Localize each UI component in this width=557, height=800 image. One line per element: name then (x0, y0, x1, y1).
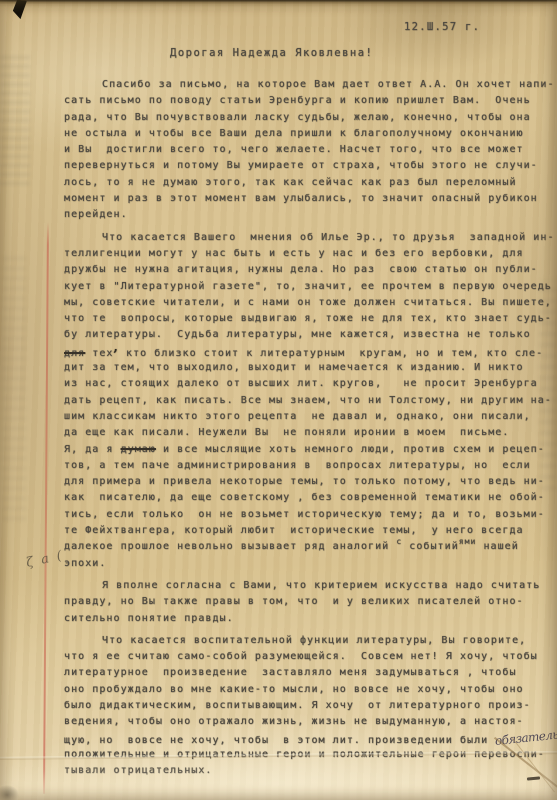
letter-line: как писателю, да еще советскому , без со… (64, 490, 557, 506)
letter-line: Я, да я думаю и все мыслящие хоть немног… (64, 442, 557, 458)
letter-paragraph: Спасибо за письмо, на которое Вам дает о… (64, 77, 557, 224)
text-segment: ями (459, 537, 477, 546)
letter-line: не остыла и чтобы все Ваши дела пришли к… (64, 126, 557, 142)
letter-line: тись, если только он не возьмет историче… (64, 507, 557, 523)
letter-line: что те вопросы, которые выдвигаю я, тоже… (64, 311, 557, 327)
letter-line: рада, что Вы почувствовали ласку судьбы,… (64, 110, 557, 126)
letter-line: литературное произведение заставляло мен… (64, 665, 557, 681)
letter-line: тывали отрицательных. (64, 763, 557, 779)
letter-line: правду, но Вы также правы в том, что и у… (64, 594, 557, 610)
text-segment: нашей (476, 541, 518, 552)
letter-line: для примера и привела некоторые темы, то… (64, 474, 557, 490)
red-margin-line (43, 222, 49, 794)
bottom-left-stain (0, 785, 19, 800)
letter-line: ведения, чтобы оно отражало жизнь, жизнь… (64, 714, 557, 730)
letter-line: теллигенции могут у нас быть и есть у на… (64, 246, 557, 262)
letter-line: мы, советские читатели, и с нами он тоже… (64, 295, 557, 311)
torn-top-edge (0, 0, 557, 7)
text-segment: тех (85, 348, 113, 359)
letter-line: из нас, стоящих далеко от высших лит. кр… (64, 376, 557, 392)
letter-line: было дидактическим, воспитывающим. Я хоч… (64, 698, 557, 714)
letter-line: сительно понятие правды. (64, 611, 557, 627)
text-segment: с (396, 537, 402, 546)
text-segment: далекое прошлое невольно вызывает ряд ан… (64, 541, 396, 552)
letter-line: да еще как писали. Неужели Вы не поняли … (64, 425, 557, 441)
letter-line: Я вполне согласна с Вами, что критерием … (64, 578, 557, 594)
bleedthrough-smudge (2, 250, 26, 520)
letter-line: сать письмо по поводу статьи Эренбурга и… (64, 93, 557, 109)
letter-paragraph: Я вполне согласна с Вами, что критерием … (64, 578, 557, 627)
letter-line: далекое прошлое невольно вызывает ряд ан… (64, 539, 557, 555)
letter-line: и Вы достигли всего то, чего желаете. На… (64, 142, 557, 158)
text-segment: думаю (121, 444, 156, 455)
letter-line: те Фейхтвангера, который любит историчес… (64, 523, 557, 539)
letter-line: щую, но вовсе не хочу, чтобы в этом лит.… (64, 731, 557, 747)
letter-line: эпохи. (64, 556, 557, 572)
letter-line: бу литературы. Судьба литературы, мне ка… (64, 327, 557, 343)
letter-line: шим классикам никто этого рецепта не дав… (64, 409, 557, 425)
letter-line: Что касается Вашего мнения об Илье Эр., … (64, 230, 557, 246)
letter-line: лось, то я не думаю этого, так как сейча… (64, 175, 557, 191)
letter-body: Спасибо за письмо, на которое Вам дает о… (64, 77, 557, 785)
letter-date: 12.Ш.57 г. (404, 21, 480, 33)
text-segment: для (64, 348, 85, 359)
letter-line: дружбы не нужна агитация, нужны дела. Но… (64, 262, 557, 278)
letter-line: для тех, кто близко стоит к литературным… (64, 344, 557, 360)
letter-line: момент и раз в этот момент вам улыбались… (64, 191, 557, 207)
letter-line: что я ее считаю само-собой разумеющейся.… (64, 649, 557, 665)
letter-line: тов, а тем паче администрирования в вопр… (64, 458, 557, 474)
letter-line: Что касается воспитательной функции лите… (64, 633, 557, 649)
text-segment: кто близко стоит к литературным кругам, … (119, 348, 543, 359)
text-segment: событий (402, 541, 459, 552)
letter-line: дать рецепт, как писать. Все мы знаем, ч… (64, 393, 557, 409)
letter-paragraph: Что касается Вашего мнения об Илье Эр., … (64, 230, 557, 572)
text-segment: Я, да я (64, 444, 121, 455)
letter-salutation: Дорогая Надежда Яковлевна! (170, 47, 373, 59)
letter-line: перевернуться и потому Вы умираете от ст… (64, 158, 557, 174)
handwritten-comma-insert: , (114, 339, 119, 354)
text-segment: и все мыслящие хоть немного люди, против… (156, 444, 545, 455)
letter-line: оно пробуждало во мне какие-то мысли, но… (64, 682, 557, 698)
letter-line: перейден. (64, 207, 557, 223)
text-segment: щую, но вовсе не хочу, чтобы в этом лит.… (64, 735, 495, 746)
letter-line: дит за тем, что выходило, выходит и наме… (64, 360, 557, 376)
letter-page: ζ а ( 12.Ш.57 г. Дорогая Надежда Яковлев… (0, 0, 557, 800)
letter-line: Спасибо за письмо, на которое Вам дает о… (64, 77, 557, 93)
bleedthrough-smudge (0, 55, 30, 185)
letter-line: кует в "Литературной газете", то, значит… (64, 279, 557, 295)
